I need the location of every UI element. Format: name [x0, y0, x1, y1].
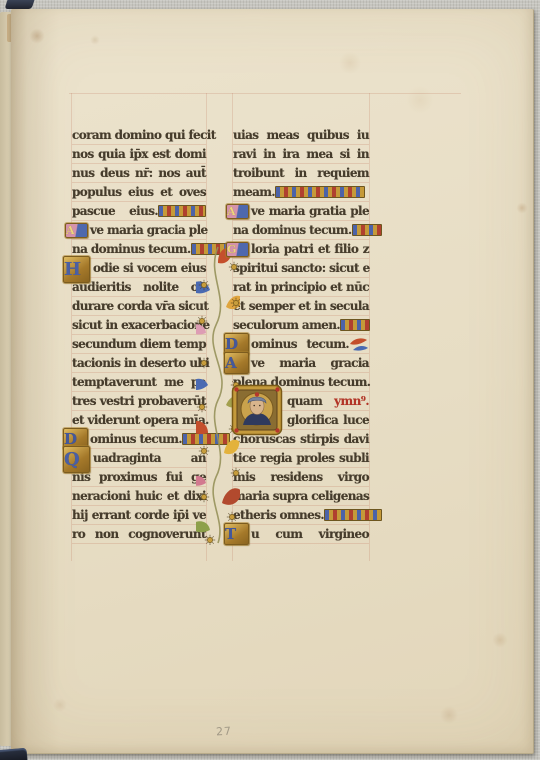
line-filler-ornament: [158, 205, 206, 217]
text-line: tacionis in deserto ubi: [72, 354, 206, 373]
line-text: mis residens virgo: [233, 470, 369, 484]
illuminated-initial: Q: [63, 446, 90, 473]
illuminated-initial: T: [224, 523, 249, 545]
line-text: ve maria gracia: [251, 356, 369, 370]
line-text: odie si vocem eius: [93, 261, 206, 275]
text-line: coram domino qui fecit: [72, 126, 206, 145]
text-line: rat in principio et nūc: [233, 278, 369, 297]
text-line: Ave maria gracia: [233, 354, 369, 373]
text-line: nis proximus fui ge: [72, 468, 206, 487]
illuminated-initial: A: [226, 204, 249, 219]
line-text: ominus tecum.: [251, 337, 349, 351]
text-line: Gloria patri et filio z: [233, 240, 369, 259]
manuscript-photo: coram domino qui fecitnos quia ip̄x est …: [0, 0, 540, 760]
line-text: rat in principio et nūc: [233, 280, 369, 294]
text-line: maria supra celigenas: [233, 487, 369, 506]
text-line: audieritis nolite ob: [72, 278, 206, 297]
text-column-left: coram domino qui fecitnos quia ip̄x est …: [72, 126, 206, 545]
text-line: etheris omnes.: [233, 506, 369, 525]
historiated-initial-miniature: [231, 384, 283, 436]
text-line: uias meas quibus iu: [233, 126, 369, 145]
line-text: u cum virgineo: [251, 527, 369, 541]
line-text: neracioni huic et dixi: [72, 489, 206, 503]
text-line: seculorum amen.: [233, 316, 369, 335]
text-line: Quadraginta an: [72, 449, 206, 468]
line-text: et semper et in secula: [233, 299, 369, 313]
text-line: mis residens virgo: [233, 468, 369, 487]
line-text: uias meas quibus iu: [233, 128, 369, 142]
line-text: et viderunt opera mīa.: [72, 413, 209, 427]
binding-corner-bottom: [0, 748, 28, 760]
text-line: na dominus tecum.: [72, 240, 206, 259]
line-text: nis proximus fui ge: [72, 470, 206, 484]
line-text: nos quia ip̄x est domi: [72, 147, 206, 161]
line-text: troibunt in requiem: [233, 166, 369, 180]
line-text: maria supra celigenas: [233, 489, 369, 503]
illuminated-initial: A: [65, 223, 88, 238]
text-line: temptaverunt me pa: [72, 373, 206, 392]
line-text: temptaverunt me pa: [72, 375, 206, 389]
line-text: ve maria gracia ple: [90, 223, 208, 237]
text-line: na dominus tecum.: [233, 221, 369, 240]
line-text: na dominus tecum.: [72, 242, 191, 256]
line-text: ro non cognoverunt: [72, 527, 206, 541]
line-text: tres vestri probaverūt: [72, 394, 206, 408]
text-column-right: uias meas quibus iuravi in ira mea si in…: [233, 126, 369, 545]
folio-pencil-number: 27: [216, 725, 233, 739]
line-text: coram domino qui fecit: [72, 128, 216, 142]
line-text: tacionis in deserto ubi: [72, 356, 209, 370]
line-text: hij errant corde ip̄i ve: [72, 508, 206, 522]
text-line: sicut in exacerbacione: [72, 316, 206, 335]
line-filler-ornament: [352, 224, 382, 236]
line-text: meam.: [233, 185, 275, 199]
line-text: loria patri et filio z: [251, 242, 369, 256]
line-text: ominus tecum.: [90, 432, 182, 446]
illuminated-initial: H: [63, 256, 90, 283]
text-line: populus eius et oves: [72, 183, 206, 202]
text-line: Dominus tecum.: [72, 430, 206, 449]
text-line: tres vestri probaverūt: [72, 392, 206, 411]
line-text: uadraginta an: [93, 451, 206, 465]
gutter-shadow: [11, 9, 71, 753]
text-line: et semper et in secula: [233, 297, 369, 316]
line-text: sicut in exacerbacione: [72, 318, 210, 332]
line-text: pascue eius.: [72, 204, 158, 218]
line-text: populus eius et oves: [72, 185, 206, 199]
line-text: durare corda vr̄a sicut: [72, 299, 208, 313]
text-line: Hodie si vocem eius: [72, 259, 206, 278]
text-line: tice regia proles subli: [233, 449, 369, 468]
text-line: meam.: [233, 183, 369, 202]
text-line: Ave maria gracia ple: [72, 221, 206, 240]
parchment-page: coram domino qui fecitnos quia ip̄x est …: [11, 9, 534, 754]
text-line: pascue eius.: [72, 202, 206, 221]
illuminated-initial: G: [226, 242, 249, 257]
line-text: na dominus tecum.: [233, 223, 352, 237]
line-text: ve maria gratia ple: [251, 204, 369, 218]
rubric-text: ymn⁹.: [334, 394, 369, 408]
text-line: Tu cum virgineo: [233, 525, 369, 544]
line-text: spiritui sancto: sicut e: [233, 261, 370, 275]
text-line: ravi in ira mea si in: [233, 145, 369, 164]
text-line: nus deus nr̄: nos aut̄: [72, 164, 206, 183]
line-text: tice regia proles subli: [233, 451, 369, 465]
text-line: ro non cognoverunt: [72, 525, 206, 544]
text-line: spiritui sancto: sicut e: [233, 259, 369, 278]
line-text: seculorum amen.: [233, 318, 340, 332]
binding-corner-top: [5, 0, 35, 9]
text-line: et viderunt opera mīa.: [72, 411, 206, 430]
ruling-line-top: [69, 93, 461, 94]
line-text: audieritis nolite ob: [72, 280, 206, 294]
line-text: glorifica luce: [287, 413, 369, 427]
line-filler-ornament: [340, 319, 370, 331]
text-line: neracioni huic et dixi: [72, 487, 206, 506]
text-line: secundum diem temp: [72, 335, 206, 354]
text-line: hij errant corde ip̄i ve: [72, 506, 206, 525]
text-line: Ave maria gratia ple: [233, 202, 369, 221]
text-line: nos quia ip̄x est domi: [72, 145, 206, 164]
line-text: secundum diem temp: [72, 337, 206, 351]
illuminated-initial: A: [224, 352, 249, 374]
line-filler-ornament: [324, 509, 382, 521]
text-line: Dominus tecum.: [233, 335, 369, 354]
line-text: etheris omnes.: [233, 508, 324, 522]
text-line: troibunt in requiem: [233, 164, 369, 183]
line-filler-ornament: [275, 186, 365, 198]
text-line: durare corda vr̄a sicut: [72, 297, 206, 316]
line-text: quam: [287, 394, 334, 408]
line-text: nus deus nr̄: nos aut̄: [72, 166, 206, 180]
line-text: ravi in ira mea si in: [233, 147, 369, 161]
leaf-flourish-ornament: [349, 337, 369, 351]
